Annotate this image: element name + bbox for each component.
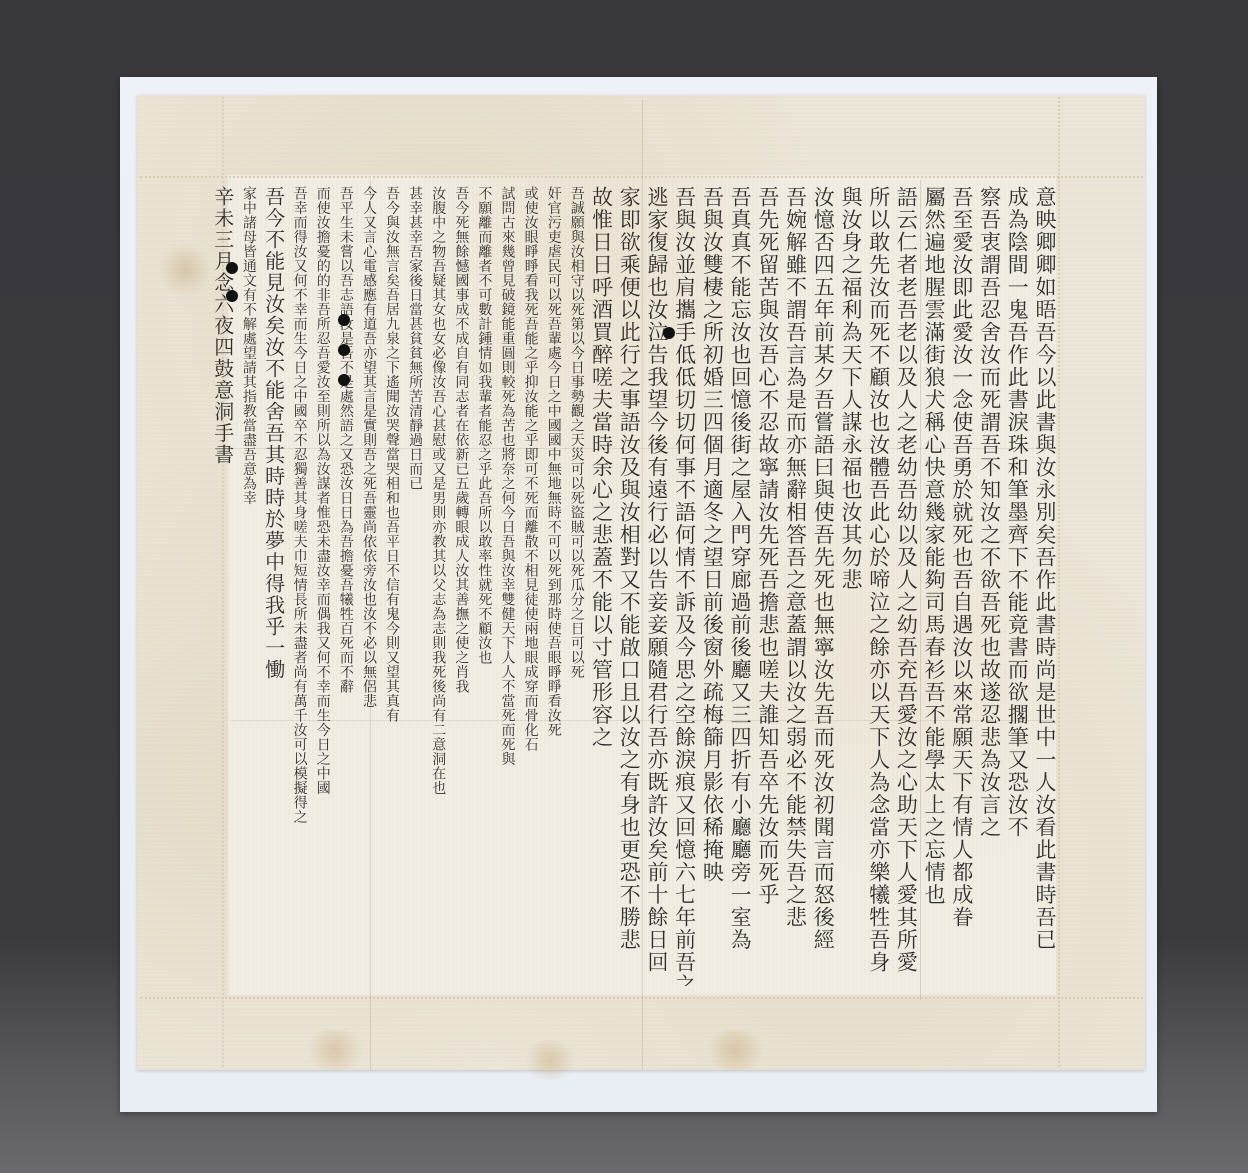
text-column: 吾與汝雙棲之所初婚三四個月適冬之望日前後窗外疏梅篩月影依稀掩映 bbox=[700, 186, 728, 986]
text-column: 吾與汝並肩攜手低低切切何事不語何情不訴及今思之空餘淚痕又回憶六七年前吾之 bbox=[672, 186, 700, 986]
text-column: 試問古來幾曾見破鏡能重圓則較死為苦也將奈之何今日吾與汝幸雙健天下人人不當死而死與 bbox=[496, 186, 519, 986]
text-column: 吾平生未嘗以吾志語汝是吾不是處然語之又恐汝日日為吾擔憂吾犧牲百死而不辭 bbox=[335, 186, 358, 986]
letter-text-columns: 意映卿卿如晤吾今以此書與汝永別矣吾作此書時尚是世中一人汝看此書時吾已 成為陰間一… bbox=[210, 186, 1060, 986]
ink-blot bbox=[338, 344, 350, 356]
ink-blot bbox=[338, 374, 350, 386]
text-column: 汝腹中之物吾疑其女也女必像汝吾心甚慰或又是男則亦教其以父志為志則我死後尚有二意洞… bbox=[427, 186, 450, 986]
text-column: 不願離而離者不可數計鍾情如我輩者能忍之乎此吾所以敢率性就死不顧汝也 bbox=[473, 186, 496, 986]
stain bbox=[300, 1030, 370, 1070]
text-column: 故惟日日呼酒買醉嗟夫當時余心之悲蓋不能以寸管形容之 bbox=[589, 186, 617, 986]
text-column: 與汝身之福利為天下人謀永福也汝其勿悲 bbox=[838, 186, 866, 986]
text-column: 吾誠願與汝相守以死第以今日事勢觀之天災可以死盜賊可以死瓜分之日可以死 bbox=[566, 186, 589, 986]
text-column: 吾先死留苦與汝吾心不忍故寧請汝先死吾擔悲也嗟夫誰知吾卒先汝而死乎 bbox=[755, 186, 783, 986]
text-column: 所以敢先汝而死不顧汝也汝體吾此心於啼泣之餘亦以天下人為念當亦樂犧牲吾身 bbox=[866, 186, 894, 986]
text-column: 屬然遍地腥雲滿街狼犬稱心快意幾家能夠司馬春衫吾不能學太上之忘情也 bbox=[921, 186, 949, 986]
text-column: 或使汝眼睜睜看我死吾能之乎抑汝能之乎即可不死而離散不相見徒使兩地眼成穿而骨化石 bbox=[520, 186, 543, 986]
stain bbox=[700, 1030, 770, 1070]
text-column: 吾今死無餘憾國事成不成自有同志者在依新已五歲轉眼成人汝其善撫之使之肖我 bbox=[450, 186, 473, 986]
text-column: 吾今不能見汝矣汝不能舍吾其時時於夢中得我乎一慟 bbox=[261, 186, 289, 986]
text-column: 吾今與汝無言矣吾居九泉之下遙聞汝哭聲當哭相和也吾平日不信有鬼今則又望其真有 bbox=[381, 186, 404, 986]
text-column: 吾至愛汝即此愛汝一念使吾勇於就死也吾自遇汝以來常願天下有情人都成眷 bbox=[949, 186, 977, 986]
date-signature-column: 辛未三月念六夜四鼓意洞手書 bbox=[210, 186, 238, 986]
text-column: 而使汝擔憂的的非吾所忍吾愛汝至則所以為汝謀者惟恐未盡汝幸而偶我又何不幸而生今日之… bbox=[312, 186, 335, 986]
ink-blot bbox=[226, 262, 238, 274]
text-column: 逃家復歸也汝泣告我望今後有遠行必以告妾妾願隨君行吾亦既許汝矣前十餘日回 bbox=[644, 186, 672, 986]
text-column: 奸官污吏虐民可以死吾輩處今日之中國國中無地無時不可以死到那時使吾眼睜睜看汝死 bbox=[543, 186, 566, 986]
stain bbox=[160, 240, 210, 300]
ink-blot bbox=[338, 314, 350, 326]
text-column: 汝憶否四五年前某夕吾嘗語曰與使吾先死也無寧汝先吾而死汝初聞言而怒後經 bbox=[811, 186, 839, 986]
text-column: 吾婉解雖不謂吾言為是而亦無辭相答吾之意蓋謂以汝之弱必不能禁失吾之悲 bbox=[783, 186, 811, 986]
text-column: 意映卿卿如晤吾今以此書與汝永別矣吾作此書時尚是世中一人汝看此書時吾已 bbox=[1032, 186, 1060, 986]
text-column: 成為陰間一鬼吾作此書淚珠和筆墨齊下不能竟書而欲擱筆又恐汝不 bbox=[1005, 186, 1033, 986]
text-column: 家即欲乘便以此行之事語汝及與汝相對又不能啟口且以汝之有身也更恐不勝悲 bbox=[617, 186, 645, 986]
ink-blot bbox=[226, 290, 238, 302]
ink-blot bbox=[663, 327, 675, 339]
text-column: 察吾衷謂吾忍舍汝而死謂吾不知汝之不欲吾死也故遂忍悲為汝言之 bbox=[977, 186, 1005, 986]
text-column: 吾幸而得汝又何不幸而生今日之中國卒不忍獨善其身嗟夫巾短情長所未盡者尚有萬千汝可以… bbox=[289, 186, 312, 986]
text-column: 語云仁者老吾老以及人之老幼吾幼以及人之幼吾充吾愛汝之心助天下人愛其所愛 bbox=[894, 186, 922, 986]
stain bbox=[520, 1040, 580, 1080]
postscript-column: 家中諸母皆通文有不解處望請其指教當盡吾意為幸 bbox=[238, 186, 261, 986]
text-column: 吾真真不能忘汝也回憶後街之屋入門穿廊過前後廳又三四折有小廳廳旁一室為 bbox=[727, 186, 755, 986]
text-column: 今人又言心電感應有道吾亦望其言是實則吾之死吾靈尚依依旁汝也汝不必以無侶悲 bbox=[358, 186, 381, 986]
text-column: 甚幸甚幸吾家後日當甚貧貧無所苦清靜過日而已 bbox=[404, 186, 427, 986]
